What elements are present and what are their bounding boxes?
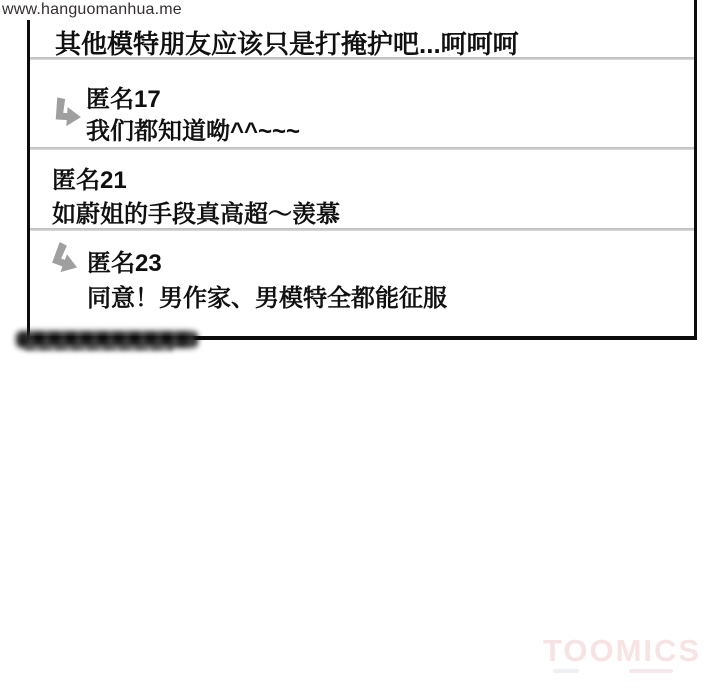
comment-author: 匿名21: [52, 160, 127, 195]
comment-body: 如蔚姐的手段真高超～羡慕: [52, 194, 340, 229]
site-watermark: www.hanguomanhua.me: [2, 0, 182, 20]
blurred-watermark-shadow: [24, 345, 174, 351]
logo-smudge: [553, 669, 579, 673]
comment-author: 匿名17: [86, 79, 161, 114]
comment-body: 同意！男作家、男模特全都能征服: [87, 278, 447, 313]
reply-arrow-icon: [47, 97, 83, 135]
comment-divider: [30, 147, 694, 150]
comic-page: www.hanguomanhua.me 其他模特朋友应该只是打掩护吧...呵呵呵…: [0, 0, 720, 700]
comment-divider: [30, 57, 694, 60]
reply-arrow-icon: [40, 239, 84, 284]
comment-body: 我们都知道呦^^~~~: [86, 111, 300, 146]
panel-border-right: [694, 0, 697, 338]
logo-smudge: [629, 669, 673, 673]
panel-border-left: [27, 20, 30, 338]
toomics-logo: TOOMICS: [543, 633, 701, 669]
comment-author: 匿名23: [87, 243, 162, 278]
comment-divider: [30, 228, 694, 231]
comment-body: 其他模特朋友应该只是打掩护吧...呵呵呵: [55, 24, 519, 61]
